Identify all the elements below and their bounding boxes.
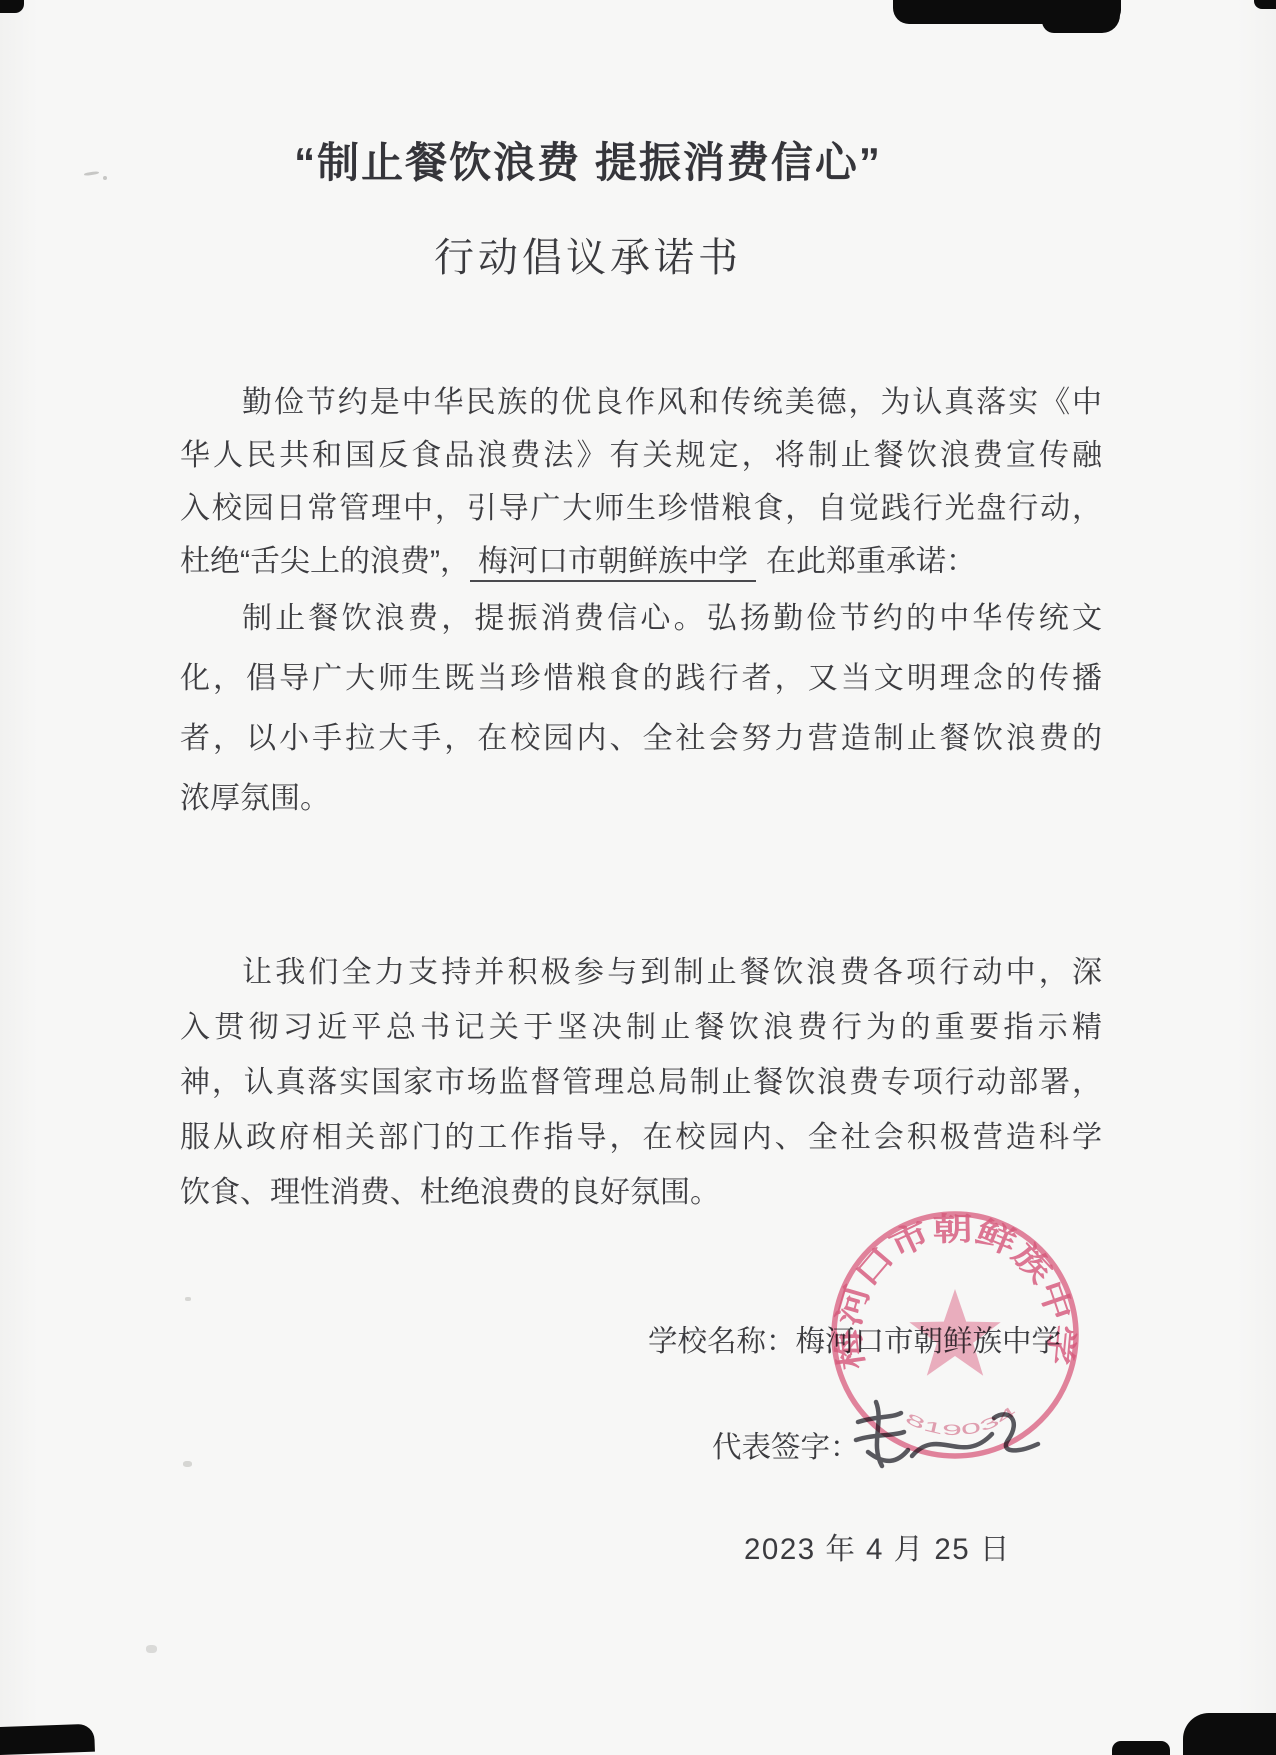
scan-smudge	[183, 1461, 192, 1467]
paragraph-3-line: 神，认真落实国家市场监督管理总局制止餐饮浪费专项行动部署，	[180, 1055, 1102, 1110]
scan-smudge	[146, 1645, 157, 1653]
paragraph-1-line: 华人民共和国反食品浪费法》有关规定，将制止餐饮浪费宣传融	[180, 429, 1102, 482]
paragraph-1-line: 杜绝“舌尖上的浪费”，梅河口市朝鲜族中学在此郑重承诺：	[180, 535, 1102, 588]
document-title-line1: “制止餐饮浪费 提振消费信心”	[0, 130, 1176, 190]
paragraph-3: 让我们全力支持并积极参与到制止餐饮浪费各项行动中，深 入贯彻习近平总书记关于坚决…	[180, 945, 1102, 1220]
paragraph-3-line: 入贯彻习近平总书记关于坚决制止餐饮浪费行为的重要指示精	[180, 1000, 1102, 1055]
paragraph-1-line: 入校园日常管理中，引导广大师生珍惜粮食，自觉践行光盘行动，	[180, 482, 1102, 535]
document-title-line2: 行动倡议承诺书	[0, 226, 1176, 283]
seal-star-icon	[909, 1289, 1000, 1376]
scan-artifact-top-right	[1042, 0, 1120, 33]
paragraph-2-line: 浓厚氛围。	[180, 769, 1102, 829]
scan-artifact-bottom-left	[0, 1724, 95, 1755]
scan-smudge	[185, 1297, 191, 1301]
scanned-commitment-letter: “制止餐饮浪费 提振消费信心” 行动倡议承诺书 勤俭节约是中华民族的优良作风和传…	[0, 0, 1276, 1755]
paragraph-3-line: 让我们全力支持并积极参与到制止餐饮浪费各项行动中，深	[180, 945, 1102, 1000]
official-school-seal: 梅河口市朝鲜族中学 8190348	[815, 1195, 1095, 1475]
school-name-label: 学校名称：	[648, 1325, 796, 1358]
school-name-underlined: 梅河口市朝鲜族中学	[470, 545, 756, 582]
paragraph-1-line4-pre: 杜绝“舌尖上的浪费”，	[180, 545, 470, 578]
scan-artifact-top-left	[0, 0, 24, 13]
scan-artifact-top-right-corner	[1254, 0, 1276, 9]
date-line: 2023 年 4 月 25 日	[744, 1526, 1011, 1568]
scan-artifact-bottom-middle	[1112, 1741, 1170, 1755]
paragraph-1-line4-post: 在此郑重承诺：	[766, 545, 976, 578]
paragraph-2-line: 者，以小手拉大手，在校园内、全社会努力营造制止餐饮浪费的	[180, 709, 1102, 769]
paragraph-1-line: 勤俭节约是中华民族的优良作风和传统美德，为认真落实《中	[180, 376, 1102, 429]
scan-artifact-bottom-right	[1183, 1713, 1276, 1755]
paragraph-2: 制止餐饮浪费，提振消费信心。弘扬勤俭节约的中华传统文 化，倡导广大师生既当珍惜粮…	[180, 589, 1102, 829]
paragraph-2-line: 制止餐饮浪费，提振消费信心。弘扬勤俭节约的中华传统文	[180, 589, 1102, 649]
paragraph-2-line: 化，倡导广大师生既当珍惜粮食的践行者，又当文明理念的传播	[180, 649, 1102, 709]
scan-smudge	[103, 176, 107, 180]
paragraph-3-line: 服从政府相关部门的工作指导，在校园内、全社会积极营造科学	[180, 1110, 1102, 1165]
paragraph-1: 勤俭节约是中华民族的优良作风和传统美德，为认真落实《中 华人民共和国反食品浪费法…	[180, 376, 1102, 588]
